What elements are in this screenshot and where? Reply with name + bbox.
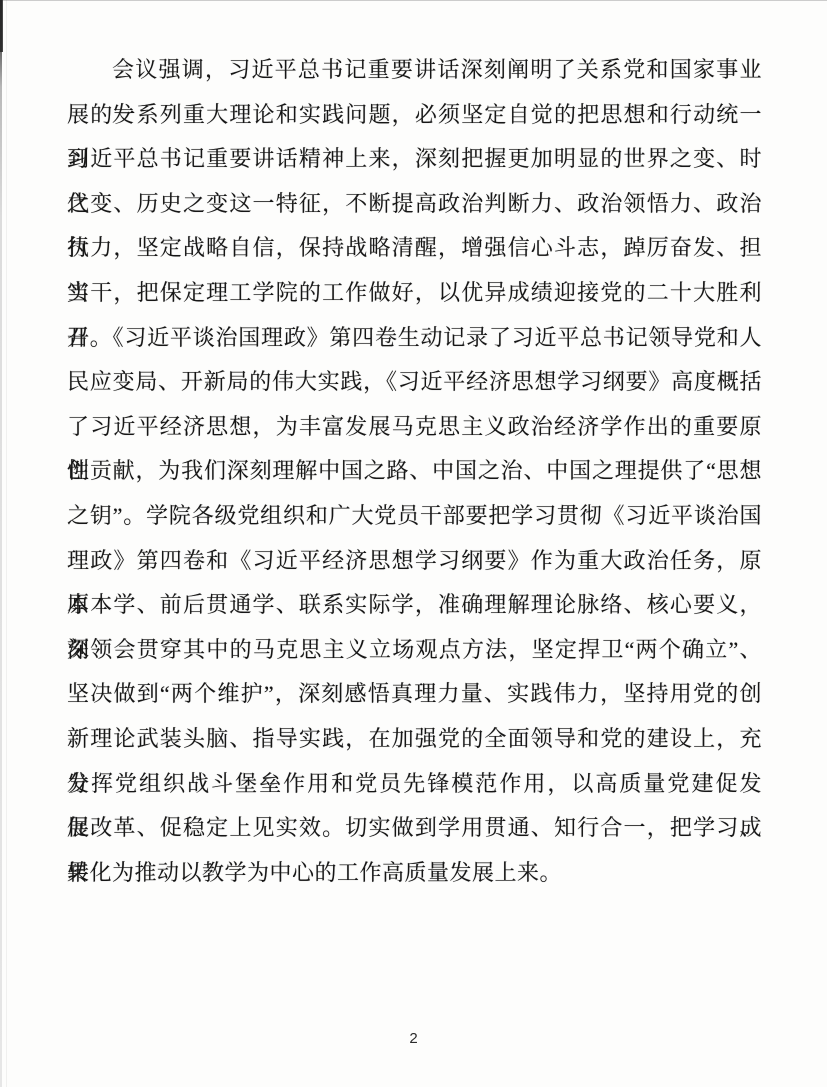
paragraph-line: 转化为推动以教学为中心的工作高质量发展上来。: [67, 851, 762, 896]
page-number: 2: [0, 1030, 827, 1047]
paragraph-line: 之变、历史之变这一特征，不断提高政治判断力、政治领悟力、政治执: [67, 182, 762, 227]
body-paragraph: 会议强调，习近平总书记重要讲话深刻阐明了关系党和国家事业发展的一系列重大理论和实…: [67, 48, 762, 895]
paragraph-line: 之钥”。学院各级党组织和广大党员干部要把学习贯彻《习近平谈治国: [67, 494, 762, 539]
paragraph-line: 坚决做到“两个维护”，深刻感悟真理力量、实践伟力，坚持用党的创: [67, 672, 762, 717]
paragraph-line: 习近平总书记重要讲话精神上来，深刻把握更加明显的世界之变、时代: [67, 137, 762, 182]
paragraph-line: 实干，把保定理工学院的工作做好，以优异成绩迎接党的二十大胜利召: [67, 271, 762, 316]
paragraph-line: 本本学、前后贯通学、联系实际学，准确理解理论脉络、核心要义，深: [67, 583, 762, 628]
paragraph-line: 促改革、促稳定上见实效。切实做到学用贯通、知行合一，把学习成果: [67, 806, 762, 851]
scan-smudge-top-left: [0, 0, 3, 52]
document-page: 会议强调，习近平总书记重要讲话深刻阐明了关系党和国家事业发展的一系列重大理论和实…: [0, 0, 827, 1087]
scan-edge-left-faint: [6, 0, 7, 1087]
paragraph-line: 行力，坚定战略自信，保持战略清醒，增强信心斗志，踔厉奋发、担当: [67, 226, 762, 271]
paragraph-line: 理政》第四卷和《习近平经济思想学习纲要》作为重大政治任务，原原: [67, 539, 762, 584]
paragraph-line: 民应变局、开新局的伟大实践，《习近平经济思想学习纲要》高度概括: [67, 360, 762, 405]
paragraph-line: 刻领会贯穿其中的马克思主义立场观点方法，坚定捍卫“两个确立”、: [67, 628, 762, 673]
paragraph-line: 发挥党组织战斗堡垒作用和党员先锋模范作用，以高质量党建促发展、: [67, 762, 762, 807]
scan-edge-left: [0, 0, 2, 1087]
paragraph-line: 性贡献，为我们深刻理解中国之路、中国之治、中国之理提供了“思想: [67, 449, 762, 494]
scan-edge-top: [0, 0, 827, 1]
paragraph-line: 新理论武装头脑、指导实践，在加强党的全面领导和党的建设上，充分: [67, 717, 762, 762]
paragraph-line: 会议强调，习近平总书记重要讲话深刻阐明了关系党和国家事业发: [67, 48, 762, 93]
paragraph-line: 开。《习近平谈治国理政》第四卷生动记录了习近平总书记领导党和人: [67, 316, 762, 361]
paragraph-line: 了习近平经济思想，为丰富发展马克思主义政治经济学作出的重要原创: [67, 405, 762, 450]
paragraph-line: 展的一系列重大理论和实践问题，必须坚定自觉的把思想和行动统一到: [67, 93, 762, 138]
